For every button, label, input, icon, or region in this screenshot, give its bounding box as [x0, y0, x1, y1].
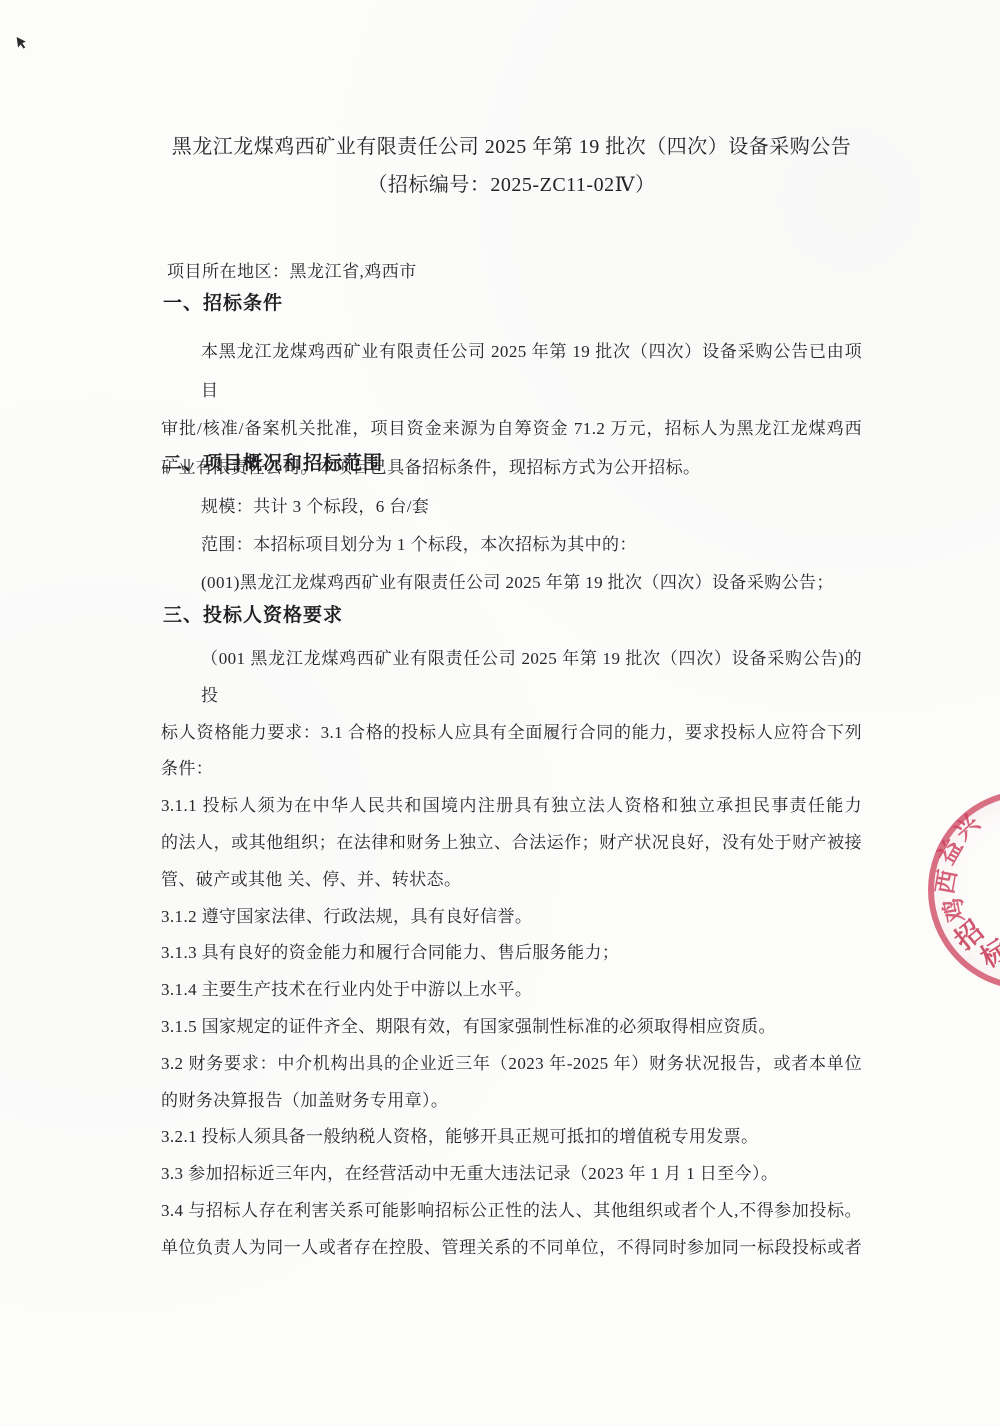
text-line: 条件：	[161, 751, 862, 788]
section-body-bidder-qualifications: （001 黑龙江龙煤鸡西矿业有限责任公司 2025 年第 19 批次（四次）设备…	[161, 641, 862, 1267]
document-subtitle-tender-number: （招标编号：2025-ZC11-02Ⅳ）	[161, 170, 862, 200]
text-line: 3.1.2 遵守国家法律、行政法规，具有良好信誉。	[161, 899, 862, 936]
text-line: 管、破产或其他 关、停、并、转状态。	[161, 862, 862, 899]
document-title: 黑龙江龙煤鸡西矿业有限责任公司 2025 年第 19 批次（四次）设备采购公告	[161, 132, 862, 162]
text-line: 规模：共计 3 个标段，6 台/套	[161, 488, 862, 526]
text-line: 本黑龙江龙煤鸡西矿业有限责任公司 2025 年第 19 批次（四次）设备采购公告…	[161, 333, 862, 410]
text-line: 的法人，或其他组织；在法律和财务上独立、合法运作；财产状况良好，没有处于财产被接	[161, 825, 862, 862]
text-line: 的财务决算报告（加盖财务专用章）。	[161, 1083, 862, 1120]
text-line: 3.1.3 具有良好的资金能力和履行合同能力、售后服务能力；	[161, 935, 862, 972]
scanned-document-page: 黑龙江龙煤鸡西矿业有限责任公司 2025 年第 19 批次（四次）设备采购公告 …	[0, 0, 1000, 1426]
red-seal-stamp: 鸡西益兴 招标	[928, 790, 1000, 990]
text-line: 3.2 财务要求：中介机构出具的企业近三年（2023 年-2025 年）财务状况…	[161, 1046, 862, 1083]
text-line: 单位负责人为同一人或者存在控股、管理关系的不同单位，不得同时参加同一标段投标或者	[161, 1230, 862, 1267]
section-heading-tender-conditions: 一、招标条件	[163, 290, 864, 318]
cursor-icon	[16, 36, 28, 50]
text-line: 3.3 参加招标近三年内，在经营活动中无重大违法记录（2023 年 1 月 1 …	[161, 1156, 862, 1193]
text-line: 审批/核准/备案机关批准，项目资金来源为自筹资金 71.2 万元，招标人为黑龙江…	[161, 410, 862, 449]
text-line: 3.1.4 主要生产技术在行业内处于中游以上水平。	[161, 972, 862, 1009]
text-line: 3.4 与招标人存在利害关系可能影响招标公正性的法人、其他组织或者个人,不得参加…	[161, 1193, 862, 1230]
text-line: （001 黑龙江龙煤鸡西矿业有限责任公司 2025 年第 19 批次（四次）设备…	[161, 641, 862, 715]
text-line: (001)黑龙江龙煤鸡西矿业有限责任公司 2025 年第 19 批次（四次）设备…	[161, 564, 862, 602]
section-body-project-overview: 规模：共计 3 个标段，6 台/套范围：本招标项目划分为 1 个标段，本次招标为…	[161, 488, 862, 602]
project-location-line: 项目所在地区：黑龙江省,鸡西市	[167, 258, 868, 286]
text-line: 3.1.1 投标人须为在中华人民共和国境内注册具有独立法人资格和独立承担民事责任…	[161, 788, 862, 825]
section-heading-project-overview: 二、项目概况和招标范围	[163, 450, 864, 478]
text-line: 3.1.5 国家规定的证件齐全、期限有效，有国家强制性标准的必须取得相应资质。	[161, 1009, 862, 1046]
text-line: 标人资格能力要求：3.1 合格的投标人应具有全面履行合同的能力，要求投标人应符合…	[161, 715, 862, 752]
text-line: 范围：本招标项目划分为 1 个标段，本次招标为其中的：	[161, 526, 862, 564]
text-line: 3.2.1 投标人须具备一般纳税人资格，能够开具正规可抵扣的增值税专用发票。	[161, 1119, 862, 1156]
section-heading-bidder-qualifications: 三、投标人资格要求	[163, 602, 864, 630]
